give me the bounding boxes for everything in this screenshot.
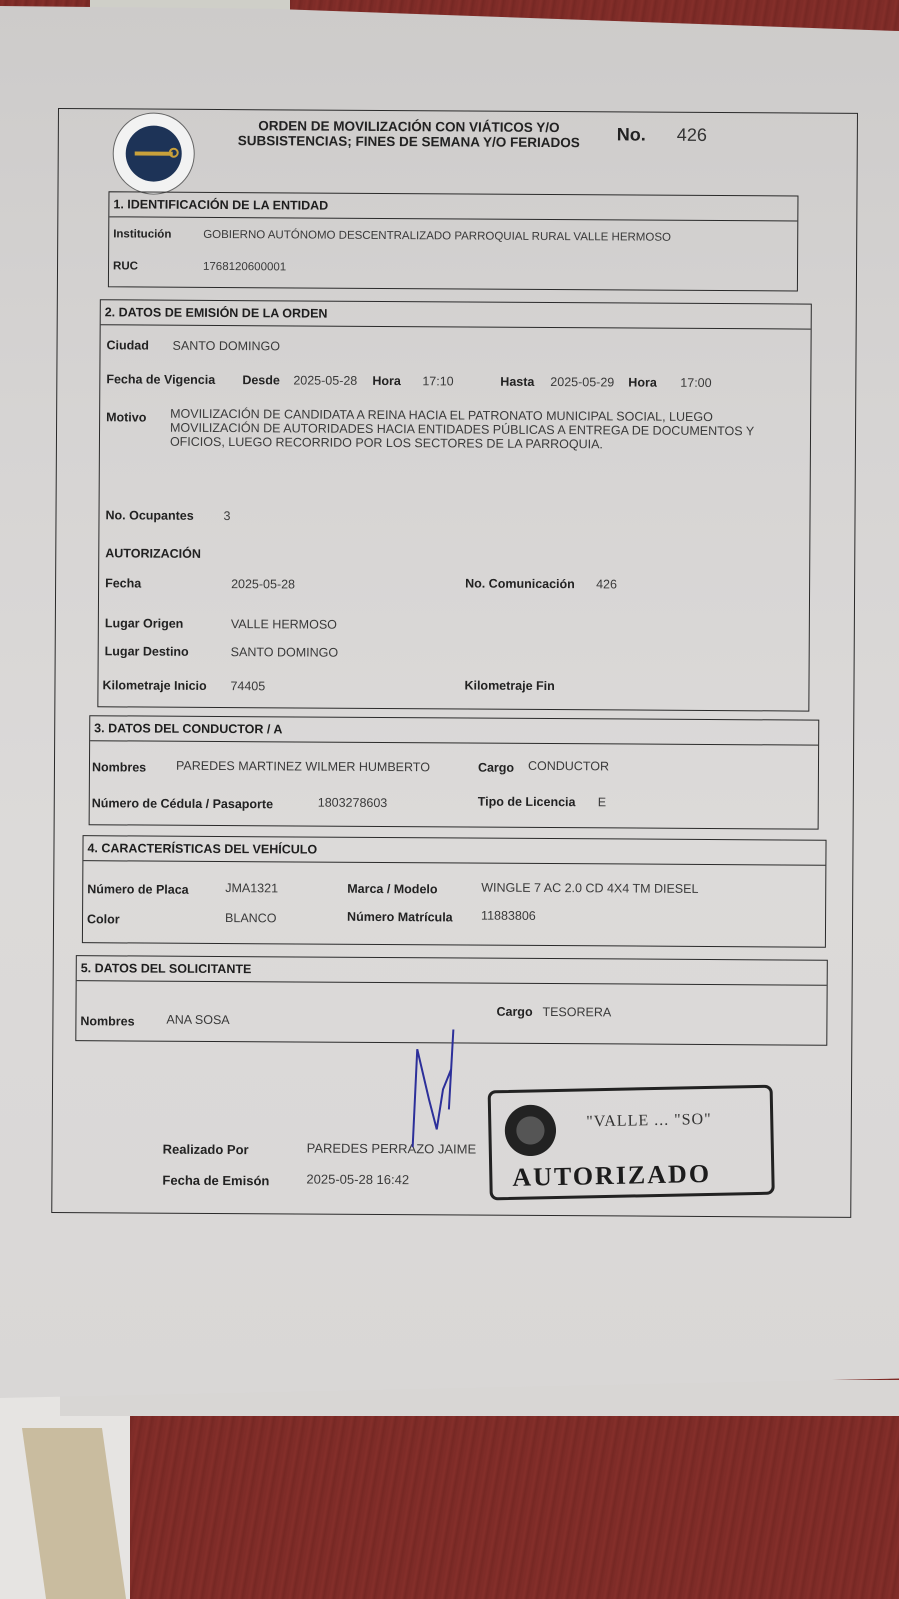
document-sheet: ORDEN DE MOVILIZACIÓN CON VIÁTICOS Y/O S…: [0, 6, 899, 1398]
ruc-label: RUC: [113, 260, 138, 272]
licencia-value: E: [598, 795, 606, 809]
vigencia-label: Fecha de Vigencia: [106, 372, 215, 387]
hora-desde-value: 17:10: [422, 374, 453, 388]
conductor-cargo-value: CONDUCTOR: [528, 759, 609, 773]
desde-value: 2025-05-28: [293, 373, 357, 387]
hora-hasta-value: 17:00: [680, 376, 711, 390]
section-vehiculo: 4. CARACTERÍSTICAS DEL VEHÍCULO Número d…: [82, 835, 827, 948]
color-label: Color: [87, 912, 120, 926]
solicitante-cargo-value: TESORERA: [542, 1005, 611, 1019]
solicitante-nombres-label: Nombres: [80, 1014, 134, 1028]
matricula-label: Número Matrícula: [347, 910, 453, 925]
conductor-cargo-label: Cargo: [478, 761, 514, 775]
ocupantes-label: No. Ocupantes: [105, 508, 193, 523]
institucion-value: GOBIERNO AUTÓNOMO DESCENTRALIZADO PARROQ…: [203, 229, 671, 244]
contraloria-logo: [112, 112, 194, 194]
km-inicio-value: 74405: [230, 679, 265, 693]
autorizacion-heading: AUTORIZACIÓN: [105, 546, 201, 561]
key-icon: [135, 151, 173, 155]
section-heading: 3. DATOS DEL CONDUCTOR / A: [90, 716, 818, 745]
section-conductor: 3. DATOS DEL CONDUCTOR / A Nombres PARED…: [89, 715, 820, 829]
conductor-nombres-label: Nombres: [92, 760, 146, 774]
hasta-value: 2025-05-29: [550, 375, 614, 389]
document-title: ORDEN DE MOVILIZACIÓN CON VIÁTICOS Y/O S…: [219, 118, 599, 150]
licencia-label: Tipo de Licencia: [478, 795, 576, 810]
order-number-label: No.: [617, 124, 646, 145]
marca-value: WINGLE 7 AC 2.0 CD 4X4 TM DIESEL: [481, 881, 698, 896]
realizado-label: Realizado Por: [163, 1142, 249, 1158]
comunicacion-value: 426: [596, 577, 617, 591]
placa-value: JMA1321: [225, 881, 278, 895]
marca-label: Marca / Modelo: [347, 882, 437, 897]
autorizado-stamp: "VALLE ... "SO" AUTORIZADO: [488, 1085, 775, 1201]
autorizacion-fecha-label: Fecha: [105, 576, 141, 590]
handwritten-signature: [409, 1029, 460, 1149]
km-inicio-label: Kilometraje Inicio: [102, 678, 206, 693]
section-heading: 5. DATOS DEL SOLICITANTE: [77, 956, 827, 986]
logo-seal: [126, 125, 182, 181]
hora-desde-label: Hora: [372, 374, 401, 388]
km-fin-label: Kilometraje Fin: [464, 678, 554, 693]
ocupantes-value: 3: [223, 509, 230, 523]
desde-label: Desde: [242, 373, 280, 387]
section-entidad: 1. IDENTIFICACIÓN DE LA ENTIDAD Instituc…: [108, 191, 799, 291]
crest-icon: [499, 1102, 562, 1165]
motivo-label: Motivo: [106, 410, 146, 424]
comunicacion-label: No. Comunicación: [465, 576, 575, 591]
emision-value: 2025-05-28 16:42: [306, 1172, 409, 1188]
destino-label: Lugar Destino: [105, 644, 189, 659]
section-emision: 2. DATOS DE EMISIÓN DE LA ORDEN Ciudad S…: [97, 299, 811, 711]
cedula-label: Número de Cédula / Pasaporte: [92, 796, 273, 811]
matricula-value: 11883806: [481, 909, 536, 923]
placa-label: Número de Placa: [87, 882, 189, 897]
conductor-nombres-value: PAREDES MARTINEZ WILMER HUMBERTO: [176, 759, 430, 775]
ruc-value: 1768120600001: [203, 261, 286, 274]
section-heading: 2. DATOS DE EMISIÓN DE LA ORDEN: [101, 300, 811, 329]
origen-label: Lugar Origen: [105, 616, 184, 630]
hora-hasta-label: Hora: [628, 375, 657, 389]
ciudad-value: SANTO DOMINGO: [173, 339, 281, 354]
destino-value: SANTO DOMINGO: [231, 645, 339, 660]
autorizacion-fecha-value: 2025-05-28: [231, 577, 295, 591]
color-value: BLANCO: [225, 911, 276, 925]
movilizacion-form: ORDEN DE MOVILIZACIÓN CON VIÁTICOS Y/O S…: [51, 108, 858, 1218]
motivo-value: MOVILIZACIÓN DE CANDIDATA A REINA HACIA …: [170, 407, 790, 453]
solicitante-cargo-label: Cargo: [496, 1005, 532, 1019]
hasta-label: Hasta: [500, 375, 534, 389]
origen-value: VALLE HERMOSO: [231, 617, 337, 632]
emision-label: Fecha de Emisón: [162, 1173, 269, 1189]
section-heading: 1. IDENTIFICACIÓN DE LA ENTIDAD: [109, 192, 797, 221]
section-heading: 4. CARACTERÍSTICAS DEL VEHÍCULO: [83, 836, 825, 866]
institucion-label: Institución: [113, 228, 171, 240]
stamp-partial-text: "VALLE ... "SO": [586, 1111, 712, 1132]
cedula-value: 1803278603: [318, 796, 388, 810]
solicitante-nombres-value: ANA SOSA: [166, 1013, 229, 1027]
stamp-word: AUTORIZADO: [512, 1159, 711, 1193]
order-number: 426: [677, 125, 707, 146]
ciudad-label: Ciudad: [107, 338, 149, 352]
